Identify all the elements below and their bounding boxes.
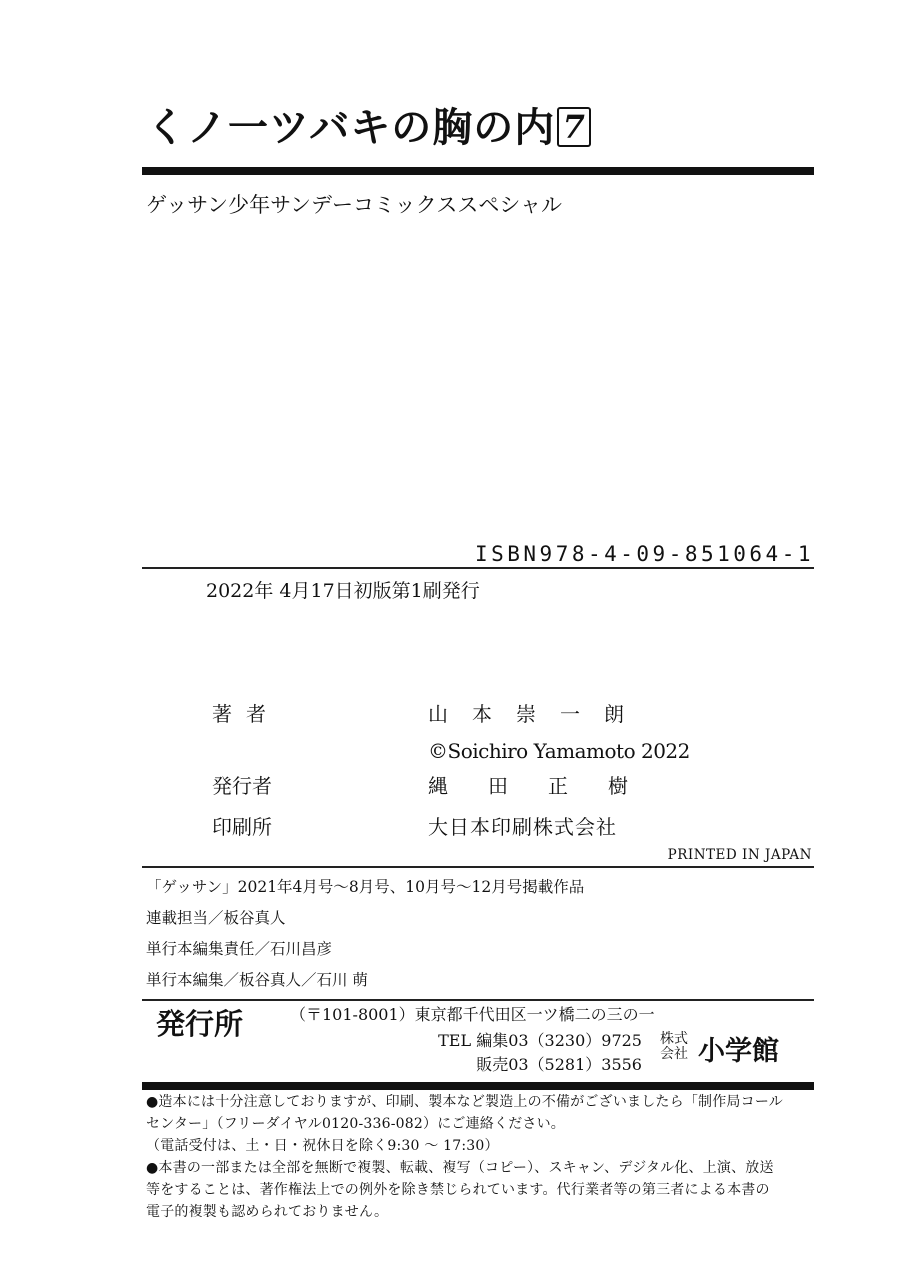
book-title-line: くノ一ツバキの胸の内7 (146, 104, 591, 152)
series-name: ゲッサン少年サンデーコミックススペシャル (146, 190, 562, 220)
title-divider (142, 167, 814, 175)
staff-volume-editors: 単行本編集／板谷真人／石川 萌 (146, 969, 368, 991)
credits-divider (142, 866, 814, 868)
staff-serial-editor: 連載担当／板谷真人 (146, 907, 286, 929)
publisher-tel-editorial: TEL 編集03（3230）9725 (438, 1030, 642, 1052)
notice-line: 電子的複製も認められておりません。 (146, 1202, 388, 1223)
serialization-info: 「ゲッサン」2021年4月号～8月号、10月号～12月号掲載作品 (146, 876, 584, 898)
publisher-label: 発行所 (156, 1006, 243, 1042)
credit-value-author: 山本崇一朗 (428, 701, 648, 727)
publisher-address: （〒101-8001）東京都千代田区一ツ橋二の三の一 (290, 1004, 655, 1026)
copyright-notice: ©Soichiro Yamamoto 2022 (428, 738, 690, 764)
notice-line: （電話受付は、土・日・祝休日を除く9:30 ～ 17:30） (146, 1136, 499, 1157)
credit-label-author: 著者 (212, 701, 280, 727)
notice-line: センター」（フリーダイヤル0120-336-082）にご連絡ください。 (146, 1114, 565, 1135)
publisher-divider (142, 1082, 814, 1090)
notice-line: ●本書の一部または全部を無断で複製、転載、複写（コピー）、スキャン、デジタル化、… (146, 1158, 774, 1179)
book-title: くノ一ツバキの胸の内 (146, 105, 555, 151)
staff-divider (142, 999, 814, 1001)
credit-label-publisher: 発行者 (212, 773, 272, 799)
volume-number-badge: 7 (557, 107, 591, 147)
staff-chief-editor: 単行本編集責任／石川昌彦 (146, 938, 332, 960)
notice-line: ●造本には十分注意しておりますが、印刷、製本など製造上の不備がございましたら「制… (146, 1092, 783, 1113)
credit-value-printer: 大日本印刷株式会社 (428, 814, 617, 840)
credit-value-publisher: 縄田正樹 (428, 773, 668, 799)
printed-in-japan: PRINTED IN JAPAN (668, 846, 812, 864)
credit-label-printer: 印刷所 (212, 814, 272, 840)
first-edition-date: 2022年 4月17日初版第1刷発行 (206, 578, 480, 604)
notice-line: 等をすることは、著作権法上での例外を除き禁じられています。代行業者等の第三者によ… (146, 1180, 770, 1201)
company-name: 小学館 (698, 1034, 779, 1070)
company-type: 株式会社 (660, 1032, 692, 1062)
isbn: ISBN978-4-09-851064-1 (475, 541, 814, 567)
isbn-divider (142, 567, 814, 569)
publisher-tel-sales: 販売03（5281）3556 (476, 1054, 642, 1076)
